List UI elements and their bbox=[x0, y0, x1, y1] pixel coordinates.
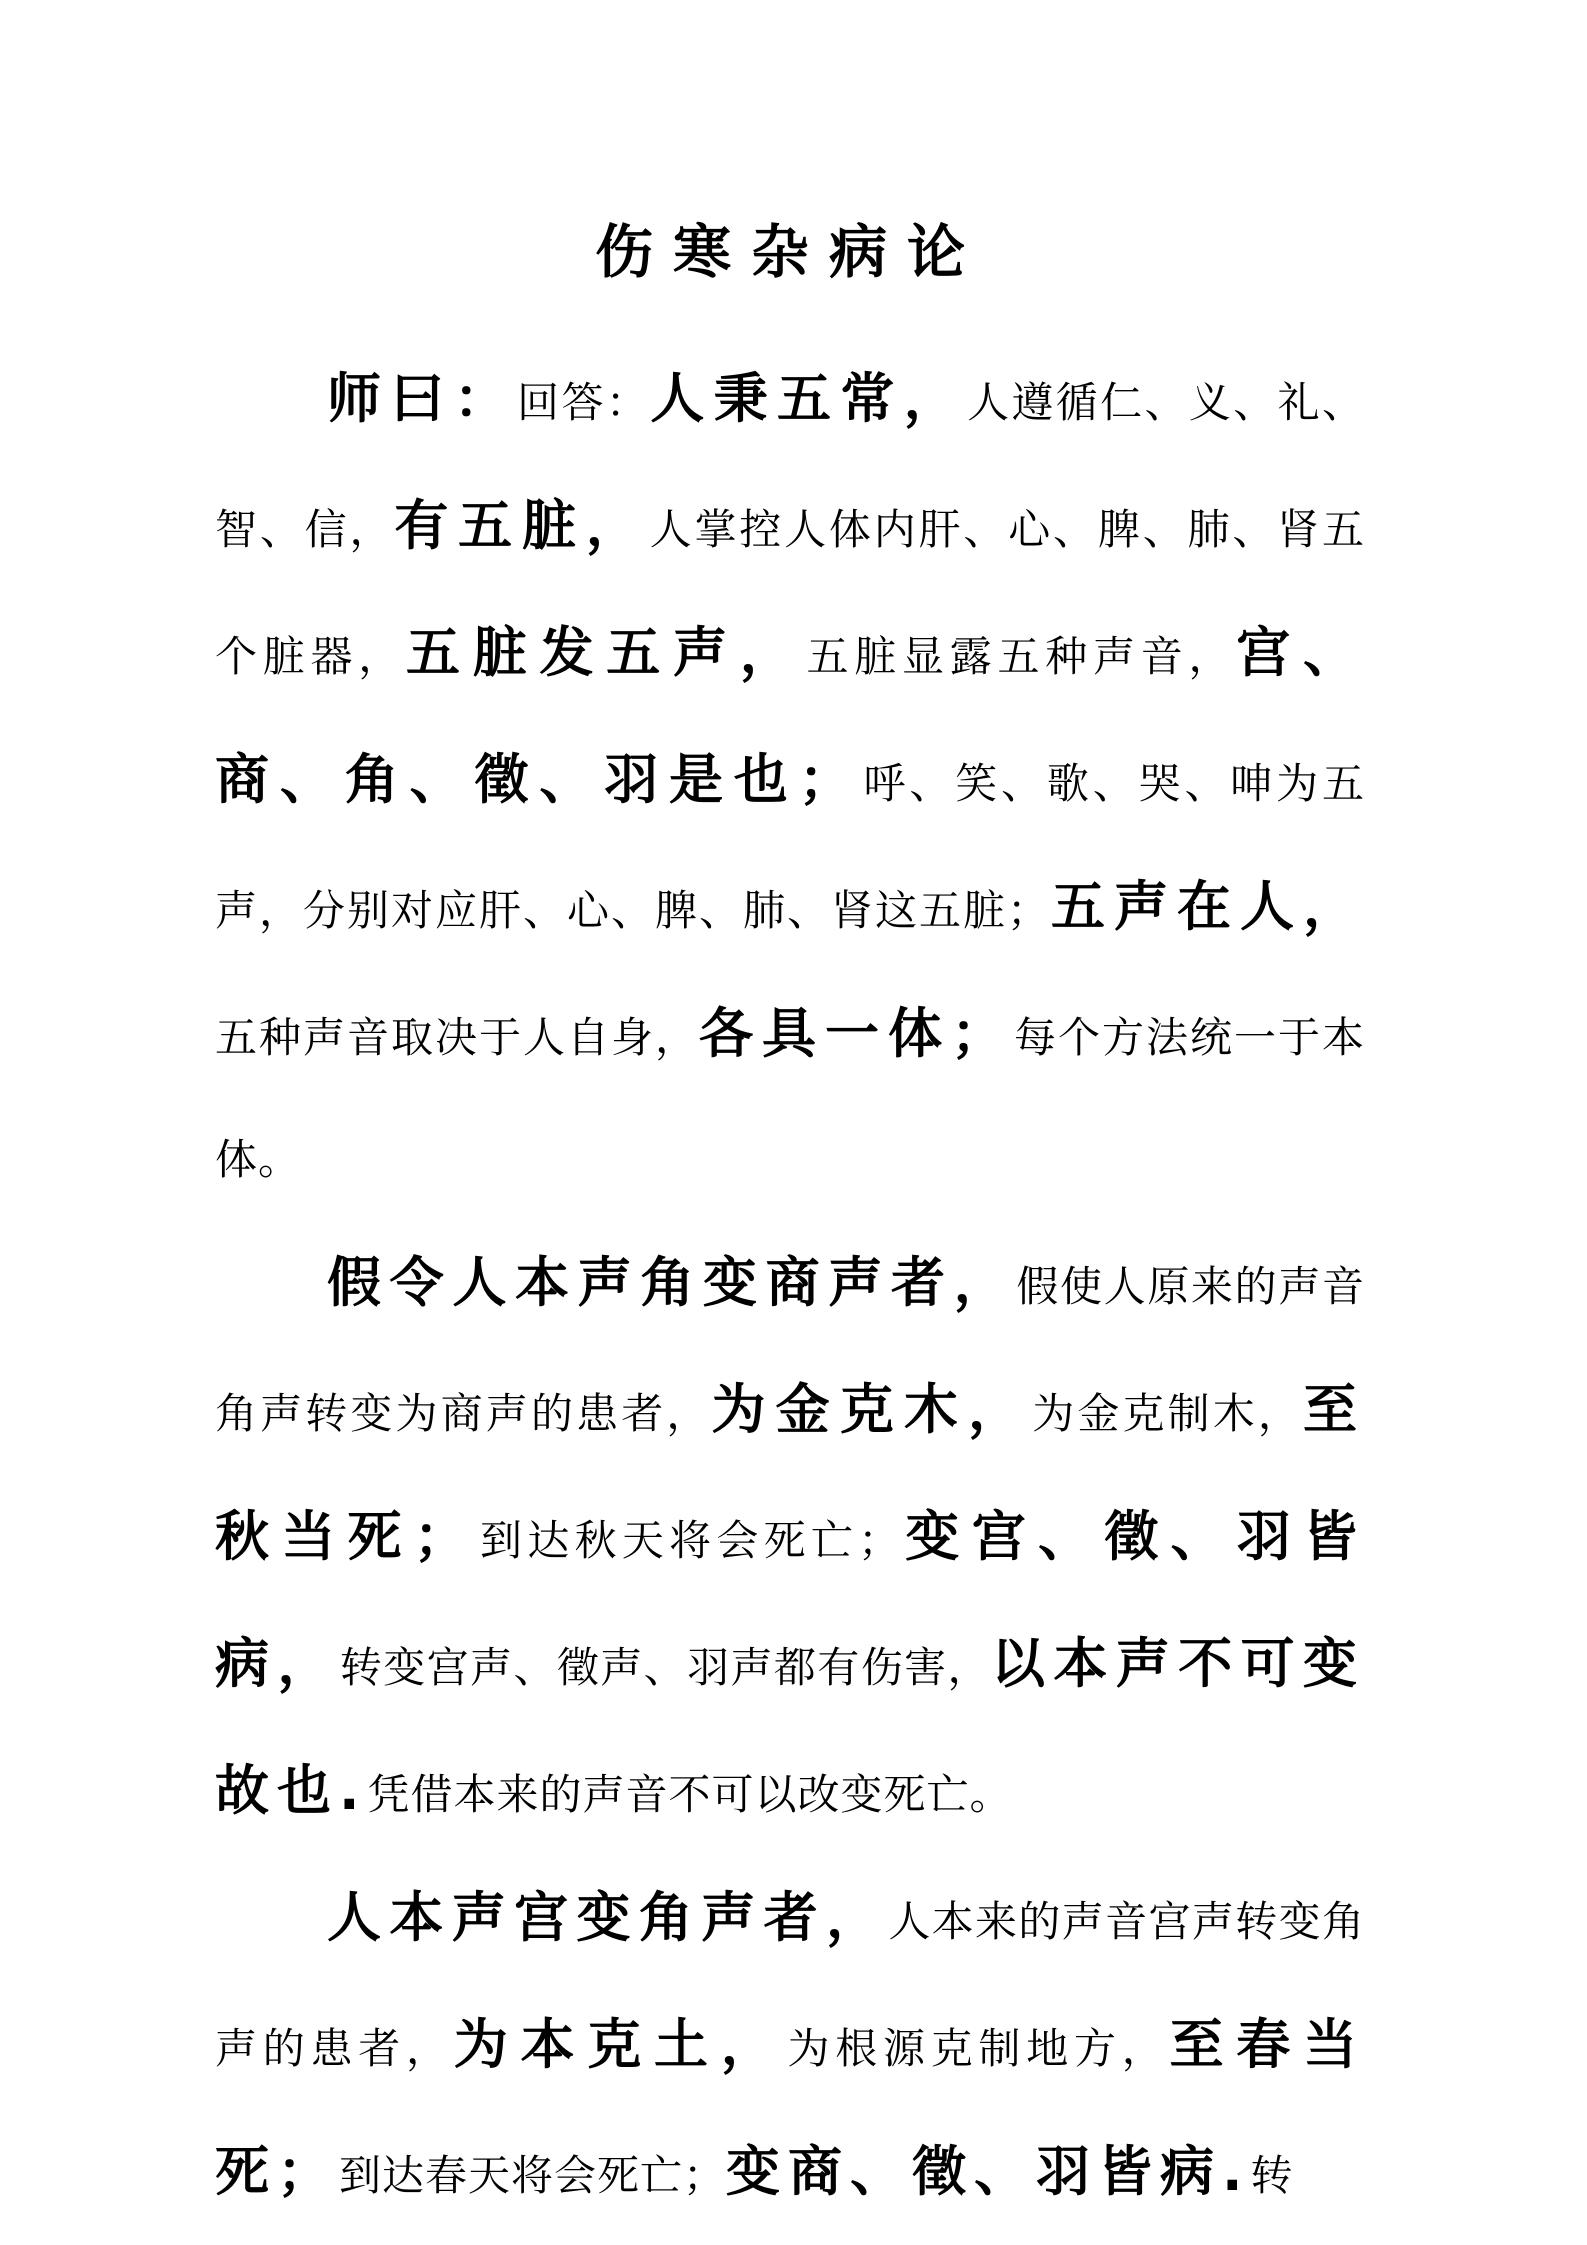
commentary-text: 凭借本来的声音不可以改变死亡。 bbox=[368, 1773, 1013, 1819]
classical-text: 变商、徵、羽皆病. bbox=[726, 2140, 1251, 2203]
commentary-text: 为根源克制地方， bbox=[788, 2027, 1170, 2073]
document-page: 伤寒杂病论 师曰：回答：人秉五常，人遵循仁、义、礼、智、信，有五脏，人掌控人体内… bbox=[0, 0, 1587, 2245]
classical-text: 为金克木， bbox=[712, 1378, 1033, 1441]
classical-text: 各具一体； bbox=[699, 1002, 1013, 1065]
paragraph-1: 师曰：回答：人秉五常，人遵循仁、义、礼、智、信，有五脏，人掌控人体内肝、心、脾、… bbox=[215, 338, 1365, 1222]
classical-text: 有五脏， bbox=[394, 494, 649, 557]
classical-text: 假令人本声角变商声者， bbox=[327, 1251, 1016, 1314]
classical-text: 五脏发五声， bbox=[406, 621, 807, 684]
document-title: 伤寒杂病论 bbox=[215, 212, 1365, 292]
commentary-text: 到达春天将会死亡； bbox=[339, 2154, 726, 2200]
classical-text: 师曰： bbox=[327, 367, 517, 430]
paragraph-3: 人本声宫变角声者，人本来的声音宫声转变角声的患者，为本克土，为根源克制地方，至春… bbox=[215, 1857, 1365, 2238]
classical-text: 人本声宫变角声者， bbox=[327, 1886, 888, 1949]
commentary-text: 五脏显露五种声音， bbox=[807, 635, 1237, 681]
classical-text: 五声在人， bbox=[1050, 875, 1365, 938]
commentary-text: 回答： bbox=[517, 381, 650, 427]
commentary-text: 转 bbox=[1251, 2154, 1294, 2200]
classical-text: 人秉五常， bbox=[650, 367, 967, 430]
commentary-text: 转变宫声、徵声、羽声都有伤害， bbox=[340, 1646, 991, 1692]
classical-text: 为本克土， bbox=[454, 2013, 788, 2076]
commentary-text: 五种声音取决于人自身， bbox=[215, 1016, 699, 1062]
paragraph-2: 假令人本声角变商声者，假使人原来的声音角声转变为商声的患者，为金克木，为金克制木… bbox=[215, 1222, 1365, 1857]
commentary-text: 为金克制木， bbox=[1032, 1392, 1303, 1438]
commentary-text: 到达秋天将会死亡； bbox=[476, 1519, 901, 1565]
